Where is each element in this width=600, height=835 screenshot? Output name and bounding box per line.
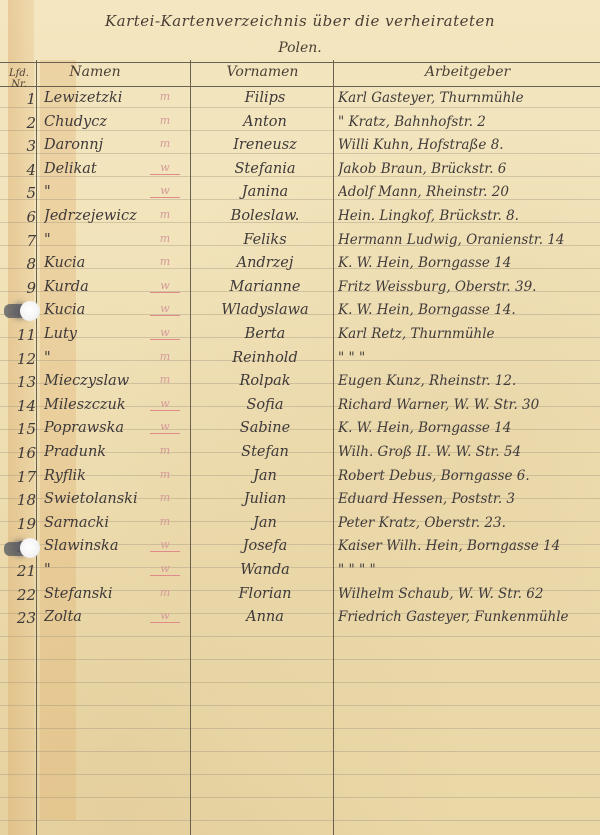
- row-number: 12: [12, 350, 36, 368]
- table-row: 2ChudyczmAnton" Kratz, Bahnhofstr. 2: [0, 114, 600, 138]
- document-title: Kartei-Kartenverzeichnis über die verhei…: [100, 12, 500, 30]
- surname: Daronnj: [44, 137, 154, 153]
- sex-mark: m: [150, 444, 180, 457]
- first-name: Marianne: [200, 279, 330, 295]
- employer: Wilh. Groß II. W. W. Str. 54: [338, 444, 600, 460]
- first-name: Anton: [200, 114, 330, 130]
- employer: Adolf Mann, Rheinstr. 20: [338, 184, 600, 200]
- table-row: 3DaronnjmIreneuszWilli Kuhn, Hofstraße 8…: [0, 137, 600, 161]
- table-row: 6JedrzejewiczmBoleslaw.Hein. Lingkof, Br…: [0, 208, 600, 232]
- first-name: Andrzej: [200, 255, 330, 271]
- table-row: 8KuciamAndrzejK. W. Hein, Borngasse 14: [0, 255, 600, 279]
- first-name: Reinhold: [200, 350, 330, 366]
- row-number: 16: [12, 444, 36, 462]
- surname: Kurda: [44, 279, 154, 295]
- surname: Stefanski: [44, 586, 154, 602]
- surname: Lewizetzki: [44, 90, 154, 106]
- employer: Karl Gasteyer, Thurnmühle: [338, 90, 600, 106]
- sex-mark: m: [150, 586, 180, 599]
- sex-mark: m: [150, 255, 180, 268]
- employer: Richard Warner, W. W. Str. 30: [338, 397, 600, 413]
- table-row: 20SlawinskawJosefaKaiser Wilh. Hein, Bor…: [0, 538, 600, 562]
- surname: Swietolanski: [44, 491, 154, 507]
- employer: Robert Debus, Borngasse 6.: [338, 468, 600, 484]
- sex-mark: m: [150, 491, 180, 504]
- ledger-page: Kartei-Kartenverzeichnis über die verhei…: [0, 0, 600, 835]
- employer: Willi Kuhn, Hofstraße 8.: [338, 137, 600, 153]
- surname: Sarnacki: [44, 515, 154, 531]
- employer: " " ": [338, 350, 600, 366]
- first-name: Sofia: [200, 397, 330, 413]
- surname: Mileszczuk: [44, 397, 154, 413]
- surname: ": [44, 562, 154, 578]
- table-row: 12"mReinhold" " ": [0, 350, 600, 374]
- sex-mark: w: [150, 609, 180, 623]
- punch-hole: [20, 538, 40, 558]
- surname: Mieczyslaw: [44, 373, 154, 389]
- employer: Hein. Lingkof, Brückstr. 8.: [338, 208, 600, 224]
- table-row: 4DelikatwStefaniaJakob Braun, Brückstr. …: [0, 161, 600, 185]
- employer: Peter Kratz, Oberstr. 23.: [338, 515, 600, 531]
- first-name: Wladyslawa: [200, 302, 330, 318]
- first-name: Boleslaw.: [200, 208, 330, 224]
- surname: Chudycz: [44, 114, 154, 130]
- table-row: 22StefanskimFlorianWilhelm Schaub, W. W.…: [0, 586, 600, 610]
- employer: Friedrich Gasteyer, Funkenmühle: [338, 609, 600, 625]
- table-row: 21"wWanda" " " ": [0, 562, 600, 586]
- row-number: 22: [12, 586, 36, 604]
- first-name: Rolpak: [200, 373, 330, 389]
- row-number: 5: [12, 184, 36, 202]
- row-number: 9: [12, 279, 36, 297]
- table-row: 15PoprawskawSabineK. W. Hein, Borngasse …: [0, 420, 600, 444]
- surname: Jedrzejewicz: [44, 208, 154, 224]
- table-row: 10KuciawWladyslawaK. W. Hein, Borngasse …: [0, 302, 600, 326]
- first-name: Florian: [200, 586, 330, 602]
- row-number: 11: [12, 326, 36, 344]
- row-number: 14: [12, 397, 36, 415]
- surname: Kucia: [44, 302, 154, 318]
- first-name: Julian: [200, 491, 330, 507]
- row-number: 18: [12, 491, 36, 509]
- punch-hole: [20, 301, 40, 321]
- employer: Karl Retz, Thurnmühle: [338, 326, 600, 342]
- surname: Delikat: [44, 161, 154, 177]
- sex-mark: m: [150, 114, 180, 127]
- row-number: 17: [12, 468, 36, 486]
- row-number: 2: [12, 114, 36, 132]
- first-name: Wanda: [200, 562, 330, 578]
- table-row: 5"wJaninaAdolf Mann, Rheinstr. 20: [0, 184, 600, 208]
- table-row: 19SarnackimJanPeter Kratz, Oberstr. 23.: [0, 515, 600, 539]
- sex-mark: w: [150, 562, 180, 576]
- sex-mark: m: [150, 232, 180, 245]
- row-number: 8: [12, 255, 36, 273]
- row-number: 1: [12, 90, 36, 108]
- document-subtitle: Polen.: [230, 40, 370, 56]
- sex-mark: w: [150, 397, 180, 411]
- table-row: 7"mFeliksHermann Ludwig, Oranienstr. 14: [0, 232, 600, 256]
- table-row: 1LewizetzkimFilipsKarl Gasteyer, Thurnmü…: [0, 90, 600, 114]
- row-number: 6: [12, 208, 36, 226]
- table-row: 9KurdawMarianneFritz Weissburg, Oberstr.…: [0, 279, 600, 303]
- row-number: 4: [12, 161, 36, 179]
- employer: K. W. Hein, Borngasse 14: [338, 255, 600, 271]
- employer: Jakob Braun, Brückstr. 6: [338, 161, 600, 177]
- first-name: Josefa: [200, 538, 330, 554]
- surname: Slawinska: [44, 538, 154, 554]
- header-top-rule: [0, 62, 600, 63]
- table-row: 13MieczyslawmRolpakEugen Kunz, Rheinstr.…: [0, 373, 600, 397]
- sex-mark: w: [150, 161, 180, 175]
- employer: Eugen Kunz, Rheinstr. 12.: [338, 373, 600, 389]
- first-name: Stefania: [200, 161, 330, 177]
- table-row: 16PradunkmStefanWilh. Groß II. W. W. Str…: [0, 444, 600, 468]
- row-number: 3: [12, 137, 36, 155]
- table-row: 14MileszczukwSofiaRichard Warner, W. W. …: [0, 397, 600, 421]
- sex-mark: w: [150, 326, 180, 340]
- employer: " Kratz, Bahnhofstr. 2: [338, 114, 600, 130]
- employer: K. W. Hein, Borngasse 14.: [338, 302, 600, 318]
- surname: ": [44, 184, 154, 200]
- first-name: Jan: [200, 515, 330, 531]
- first-name: Filips: [200, 90, 330, 106]
- sex-mark: w: [150, 302, 180, 316]
- first-name: Sabine: [200, 420, 330, 436]
- employer: Hermann Ludwig, Oranienstr. 14: [338, 232, 600, 248]
- first-name: Ireneusz: [200, 137, 330, 153]
- sex-mark: w: [150, 279, 180, 293]
- header-bottom-rule: [0, 86, 600, 87]
- surname: Poprawska: [44, 420, 154, 436]
- row-number: 21: [12, 562, 36, 580]
- sex-mark: m: [150, 350, 180, 363]
- row-number: 15: [12, 420, 36, 438]
- employer: " " " ": [338, 562, 600, 578]
- surname: ": [44, 350, 154, 366]
- surname: Ryflik: [44, 468, 154, 484]
- sex-mark: w: [150, 538, 180, 552]
- surname: Kucia: [44, 255, 154, 271]
- column-header-nr: Lfd. Nr.: [2, 68, 36, 90]
- first-name: Stefan: [200, 444, 330, 460]
- sex-mark: m: [150, 515, 180, 528]
- row-number: 13: [12, 373, 36, 391]
- surname: Zolta: [44, 609, 154, 625]
- row-number: 7: [12, 232, 36, 250]
- table-row: 11LutywBertaKarl Retz, Thurnmühle: [0, 326, 600, 350]
- surname: Pradunk: [44, 444, 154, 460]
- sex-mark: m: [150, 90, 180, 103]
- first-name: Janina: [200, 184, 330, 200]
- first-name: Feliks: [200, 232, 330, 248]
- row-number: 19: [12, 515, 36, 533]
- sex-mark: m: [150, 137, 180, 150]
- table-row: 18SwietolanskimJulianEduard Hessen, Post…: [0, 491, 600, 515]
- sex-mark: m: [150, 208, 180, 221]
- table-row: 17RyflikmJanRobert Debus, Borngasse 6.: [0, 468, 600, 492]
- sex-mark: w: [150, 184, 180, 198]
- employer: K. W. Hein, Borngasse 14: [338, 420, 600, 436]
- first-name: Anna: [200, 609, 330, 625]
- column-header-employer: Arbeitgeber: [340, 64, 595, 80]
- row-number: 23: [12, 609, 36, 627]
- employer: Fritz Weissburg, Oberstr. 39.: [338, 279, 600, 295]
- first-name: Berta: [200, 326, 330, 342]
- surname: ": [44, 232, 154, 248]
- sex-mark: m: [150, 373, 180, 386]
- first-name: Jan: [200, 468, 330, 484]
- sex-mark: m: [150, 468, 180, 481]
- column-header-first-name: Vornamen: [195, 64, 330, 80]
- surname: Luty: [44, 326, 154, 342]
- column-header-name: Namen: [40, 64, 150, 80]
- employer: Kaiser Wilh. Hein, Borngasse 14: [338, 538, 600, 554]
- employer: Eduard Hessen, Poststr. 3: [338, 491, 600, 507]
- table-row: 23ZoltawAnnaFriedrich Gasteyer, Funkenmü…: [0, 609, 600, 633]
- sex-mark: w: [150, 420, 180, 434]
- employer: Wilhelm Schaub, W. W. Str. 62: [338, 586, 600, 602]
